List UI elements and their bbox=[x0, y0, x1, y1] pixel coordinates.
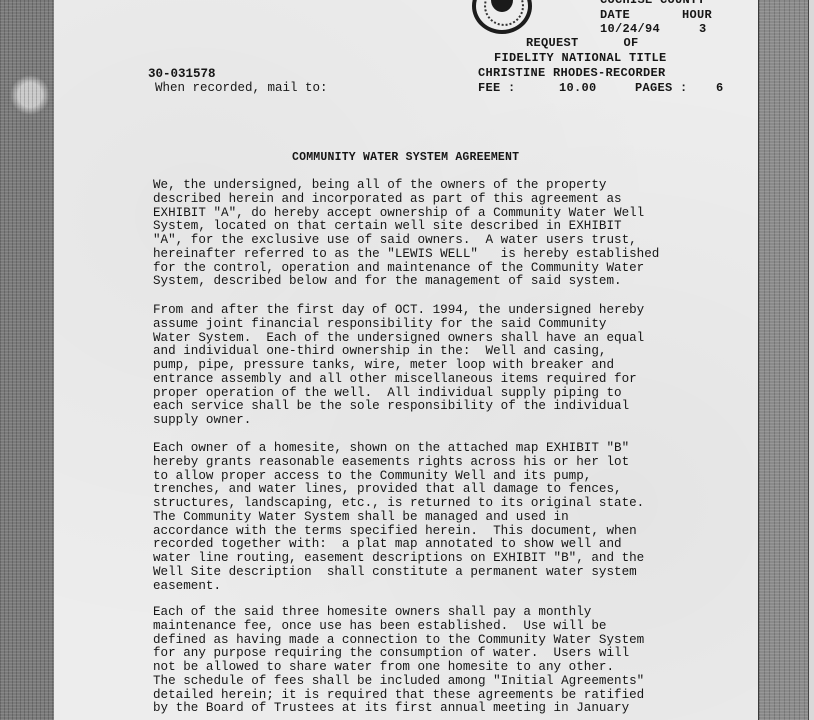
stamp-hour-value: 3 bbox=[699, 22, 707, 36]
scan-border-left bbox=[0, 0, 54, 720]
paragraph-4: Each of the said three homesite owners s… bbox=[153, 606, 753, 716]
paragraph-line: each service shall be the sole responsib… bbox=[153, 400, 753, 414]
paragraph-line: Each of the said three homesite owners s… bbox=[153, 606, 753, 620]
paragraph-line: Water System. Each of the undersigned ow… bbox=[153, 332, 753, 346]
stamp-pages-label: PAGES : bbox=[635, 81, 688, 95]
paragraph-line: structures, landscaping, etc., is return… bbox=[153, 497, 753, 511]
stamp-fee-value: 10.00 bbox=[559, 81, 597, 95]
county-seal-icon bbox=[472, 0, 532, 34]
paragraph-line: From and after the first day of OCT. 199… bbox=[153, 304, 753, 318]
paragraph-line: The schedule of fees shall be included a… bbox=[153, 675, 753, 689]
paragraph-line: The Community Water System shall be mana… bbox=[153, 511, 753, 525]
scan-edge-right bbox=[808, 0, 814, 720]
paragraph-line: trenches, and water lines, provided that… bbox=[153, 483, 753, 497]
paragraph-line: Well Site description shall constitute a… bbox=[153, 566, 753, 580]
paragraph-line: accordance with the terms specified here… bbox=[153, 525, 753, 539]
paragraph-line: System, described below and for the mana… bbox=[153, 275, 753, 289]
document-page: COCHISE COUNTY DATE HOUR 10/24/94 3 REQU… bbox=[54, 0, 758, 720]
paragraph-line: entrance assembly and all other miscella… bbox=[153, 373, 753, 387]
stamp-hour-label: HOUR bbox=[682, 8, 712, 22]
paragraph-line: Each owner of a homesite, shown on the a… bbox=[153, 442, 753, 456]
paragraph-line: pump, pipe, pressure tanks, wire, meter … bbox=[153, 359, 753, 373]
paragraph-line: maintenance fee, once use has been estab… bbox=[153, 620, 753, 634]
paragraph-line: water line routing, easement description… bbox=[153, 552, 753, 566]
mail-to-label: When recorded, mail to: bbox=[155, 81, 328, 95]
paragraph-line: We, the undersigned, being all of the ow… bbox=[153, 179, 753, 193]
paragraph-line: hereby grants reasonable easements right… bbox=[153, 456, 753, 470]
paragraph-line: supply owner. bbox=[153, 414, 753, 428]
stamp-requester: FIDELITY NATIONAL TITLE bbox=[494, 51, 667, 65]
stamp-recorder: CHRISTINE RHODES-RECORDER bbox=[478, 66, 666, 80]
stamp-fee-label: FEE : bbox=[478, 81, 516, 95]
scan-border-right bbox=[758, 0, 809, 720]
paragraph-line: for the control, operation and maintenan… bbox=[153, 262, 753, 276]
record-number: 30-031578 bbox=[148, 67, 216, 81]
paragraph-line: not be allowed to share water from one h… bbox=[153, 661, 753, 675]
stamp-request: REQUEST OF bbox=[526, 36, 639, 50]
paragraph-line: recorded together with: a plat map annot… bbox=[153, 538, 753, 552]
paragraph-line: described herein and incorporated as par… bbox=[153, 193, 753, 207]
paragraph-3: Each owner of a homesite, shown on the a… bbox=[153, 442, 753, 593]
stamp-county: COCHISE COUNTY bbox=[600, 0, 705, 7]
paragraph-line: detailed herein; it is required that the… bbox=[153, 689, 753, 703]
stamp-pages-value: 6 bbox=[716, 81, 724, 95]
paragraph-line: assume joint financial responsibility fo… bbox=[153, 318, 753, 332]
document-title: COMMUNITY WATER SYSTEM AGREEMENT bbox=[292, 151, 519, 164]
stamp-date-value: 10/24/94 bbox=[600, 22, 660, 36]
paragraph-line: for any purpose requiring the consumptio… bbox=[153, 647, 753, 661]
stamp-date-label: DATE bbox=[600, 8, 630, 22]
paragraph-line: proper operation of the well. All indivi… bbox=[153, 387, 753, 401]
paragraph-line: easement. bbox=[153, 580, 753, 594]
paragraph-line: EXHIBIT "A", do hereby accept ownership … bbox=[153, 207, 753, 221]
paragraph-line: "A", for the exclusive use of said owner… bbox=[153, 234, 753, 248]
paragraph-1: We, the undersigned, being all of the ow… bbox=[153, 179, 753, 289]
paragraph-line: and individual one-third ownership in th… bbox=[153, 345, 753, 359]
paragraph-line: defined as having made a connection to t… bbox=[153, 634, 753, 648]
paragraph-line: System, located on that certain well sit… bbox=[153, 220, 753, 234]
paragraph-line: hereinafter referred to as the "LEWIS WE… bbox=[153, 248, 753, 262]
paragraph-line: by the Board of Trustees at its first an… bbox=[153, 702, 753, 716]
paragraph-2: From and after the first day of OCT. 199… bbox=[153, 304, 753, 428]
paragraph-line: to allow proper access to the Community … bbox=[153, 470, 753, 484]
